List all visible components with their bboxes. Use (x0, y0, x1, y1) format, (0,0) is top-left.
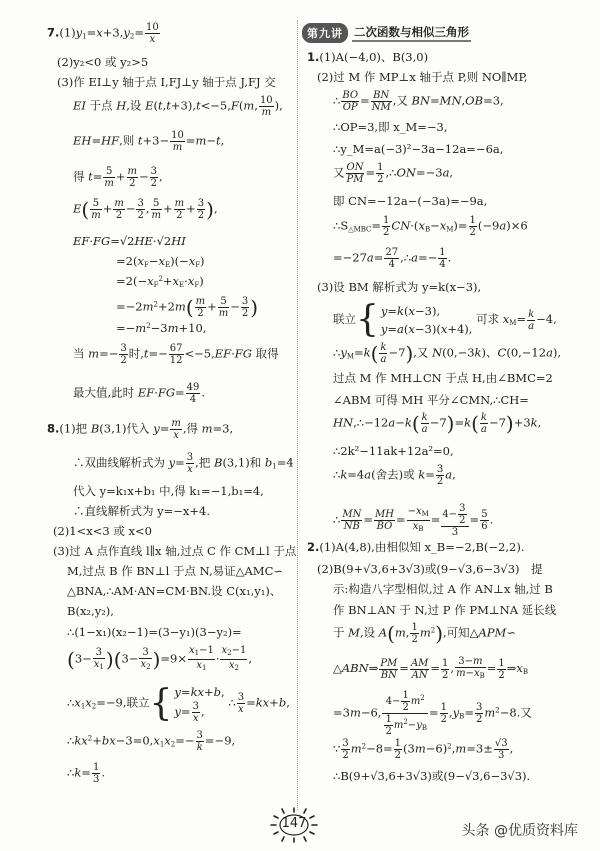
p7-line-9: =2(xF−xE)(−xF) (116, 256, 205, 269)
p7-line-11: =−2m2+2m(m2+5m−32) (116, 296, 258, 319)
p7-line-7: E(5m+m2−32,5m+m2+32), (73, 198, 218, 221)
p8-line-13: ∴kx2+bx−3=0,x1x2=−3k=−9, (67, 730, 235, 753)
p8-line-6: (3)过 A 点作直线 l∥x 轴,过点 C 作 CM⊥l 于点 (53, 546, 296, 558)
p1-line-6: 又ONPM=12,∴ON=−3a, (333, 162, 453, 185)
problem-number: 8. (47, 422, 59, 436)
p7-line-10: =2(−xF2+xE·xF) (116, 276, 204, 289)
p1-line-8: ∴S△MBC=12CN·(xB−xM)=12(−9a)×6 (333, 215, 528, 238)
p1-line-4: ∴OP=3,即 x_M=−3, (333, 122, 448, 134)
p7-line-5: EH=HF,则 t+3−10m=m−t, (73, 130, 224, 153)
problem-number: 1. (307, 50, 319, 64)
p8-line-9: B(x₂,y₂), (67, 606, 114, 618)
p2-line-2: (2)B(9+√3,6+3√3)或(9−√3,6−3√3) 提 (317, 564, 543, 576)
p2-line-7: =3m−6,4−12m212m2−yB=12,yB=32m2−8.又 (333, 690, 532, 737)
p1-line-12: ∴yM=k(ka−7),又 N(0,−3k)、C(0,−12a), (333, 342, 561, 365)
p8-line-1: 8.(1)把 B(3,1)代入 y=mx,得 m=3, (47, 418, 233, 441)
p7-line-14: 最大值,此时 EF·FG=494. (73, 382, 205, 405)
p7-line-4: EI 于点 H,设 E(t,t+3),t<−5,F(m,10m), (73, 95, 283, 118)
p1-line-7: 即 CN=−12a−(−3a)=−9a, (333, 196, 487, 208)
section-badge: 第九讲 (302, 23, 348, 43)
p1-line-16: ∴2k²−11ak+12a²=0, (333, 446, 454, 458)
p2-line-3: 示:构造八字型相似,过 A 作 AN⊥x 轴,过 B (333, 584, 553, 596)
p8-line-11: (3−3x1)(3−3x2)=9×x1−1x1·x2−1x2, (67, 645, 252, 674)
p1-line-9: =−27a=274,∴a=−14. (333, 247, 451, 270)
p1-line-1: 1.(1)A(−4,0)、B(3,0) (307, 52, 428, 64)
p7-line-1: 7.(1)y1=x+3,y2=10x (47, 22, 161, 45)
p7-line-8: EF·FG=√2HE·√2HI (73, 236, 186, 248)
p2-line-1: 2.(1)A(4,8),由相似知 x_B=−2,B(−2,2). (307, 542, 524, 554)
p8-line-3: 代入 y=k₁x+b₁ 中,得 k₁=−1,b₁=4, (73, 486, 264, 498)
p2-line-5: 于 M,设 A(m,12m2),可知△APM∽ (333, 622, 516, 645)
p8-line-10: ∴(1−x₁)(x₂−1)=(3−y₁)(3−y₂)= (67, 627, 242, 639)
p8-line-7: M,过点 B 作 BN⊥l 于点 N,易证△AMC∽ (67, 566, 283, 578)
section-header: 第九讲 二次函数与相似三角形 (302, 24, 471, 42)
p8-line-4: ∴直线解析式为 y=−x+4. (73, 506, 210, 518)
p7-line-6: 得 t=5m+m2−32, (73, 166, 163, 189)
p2-line-9: ∴B(9+√3,6+3√3)或(9−√3,6−3√3). (333, 771, 530, 783)
p2-line-8: ∵32m2−8=12(3m−6)2,m=3±√33, (333, 738, 513, 761)
p1-line-13: 过点 M 作 MH⊥CN 于点 H,由∠BMC=2 (333, 373, 553, 385)
p1-answer-1: (1)A(−4,0)、B(3,0) (319, 50, 428, 64)
column-divider (297, 20, 298, 810)
p8-line-2: ∴双曲线解析式为 y=3x,把 B(3,1)和 b1=4 (73, 452, 294, 475)
p1-line-17: ∴k=4a(舍去)或 k=32a, (333, 464, 456, 487)
page-number: 147 (262, 816, 326, 831)
p7-line-2: (2)y₂<0 或 y₂>5 (57, 57, 148, 69)
section-title: 二次函数与相似三角形 (352, 24, 471, 42)
p1-line-11: 联立{y=k(x−3),y=a(x−3)(x+4), 可求 xM=ka−4, (333, 302, 557, 338)
p2-answer-1: (1)A(4,8),由相似知 x_B=−2,B(−2,2). (319, 540, 524, 554)
p1-line-15: HN,∴−12a−k(ka−7)=k(ka−7)+3k, (333, 412, 541, 435)
p8-line-12: ∴x1x2=−9,联立{y=kx+b,y=3x, ∴3x=kx+b, (67, 683, 290, 724)
p1-line-10: (3)设 BM 解析式为 y=k(x−3), (317, 282, 481, 294)
p8-line-8: △BNA,∴AM·AN=CM·BN.设 C(x₁,y₁)、 (67, 586, 281, 598)
p1-line-2: (2)过 M 作 MP⊥x 轴于点 P,则 NO∥MP, (317, 72, 528, 84)
p8-line-5: (2)1<x<3 或 x<0 (53, 526, 152, 538)
p1-line-5: ∴y_M=a(−3)²−3a−12a=−6a, (333, 144, 503, 156)
p1-line-3: ∴BOOP=BNNM,又 BN=MN,OB=3, (333, 90, 504, 113)
p8-line-14: ∴k=13. (67, 762, 105, 785)
problem-number: 2. (307, 540, 319, 554)
p7-line-3: (3)作 EI⊥y 轴于点 I,FJ⊥y 轴于点 J,FJ 交 (57, 77, 276, 89)
p1-line-14: ∠ABM 可得 MH 平分∠CMN,∴CH= (333, 395, 529, 407)
p7-line-13: 当 m=−32时,t=−6712<−5,EF·FG 取得 (73, 343, 279, 366)
p2-line-6: △ABN⇒PMBN=AMAN=12,3−mm−xB=12⇒xB (333, 656, 528, 682)
page-number-badge: 147 (262, 803, 326, 847)
p2-line-4: 作 BN⊥AN 于 N,过 P 作 PM⊥NA 延长线 (333, 605, 556, 617)
p1-line-18: ∴MNNB=MHBO=−xMxB=4−323=56. (333, 503, 493, 538)
p7-line-12: =−m2−3m+10, (116, 323, 206, 335)
watermark: 头条 @优质资料库 (462, 820, 578, 840)
problem-number: 7. (47, 26, 59, 40)
